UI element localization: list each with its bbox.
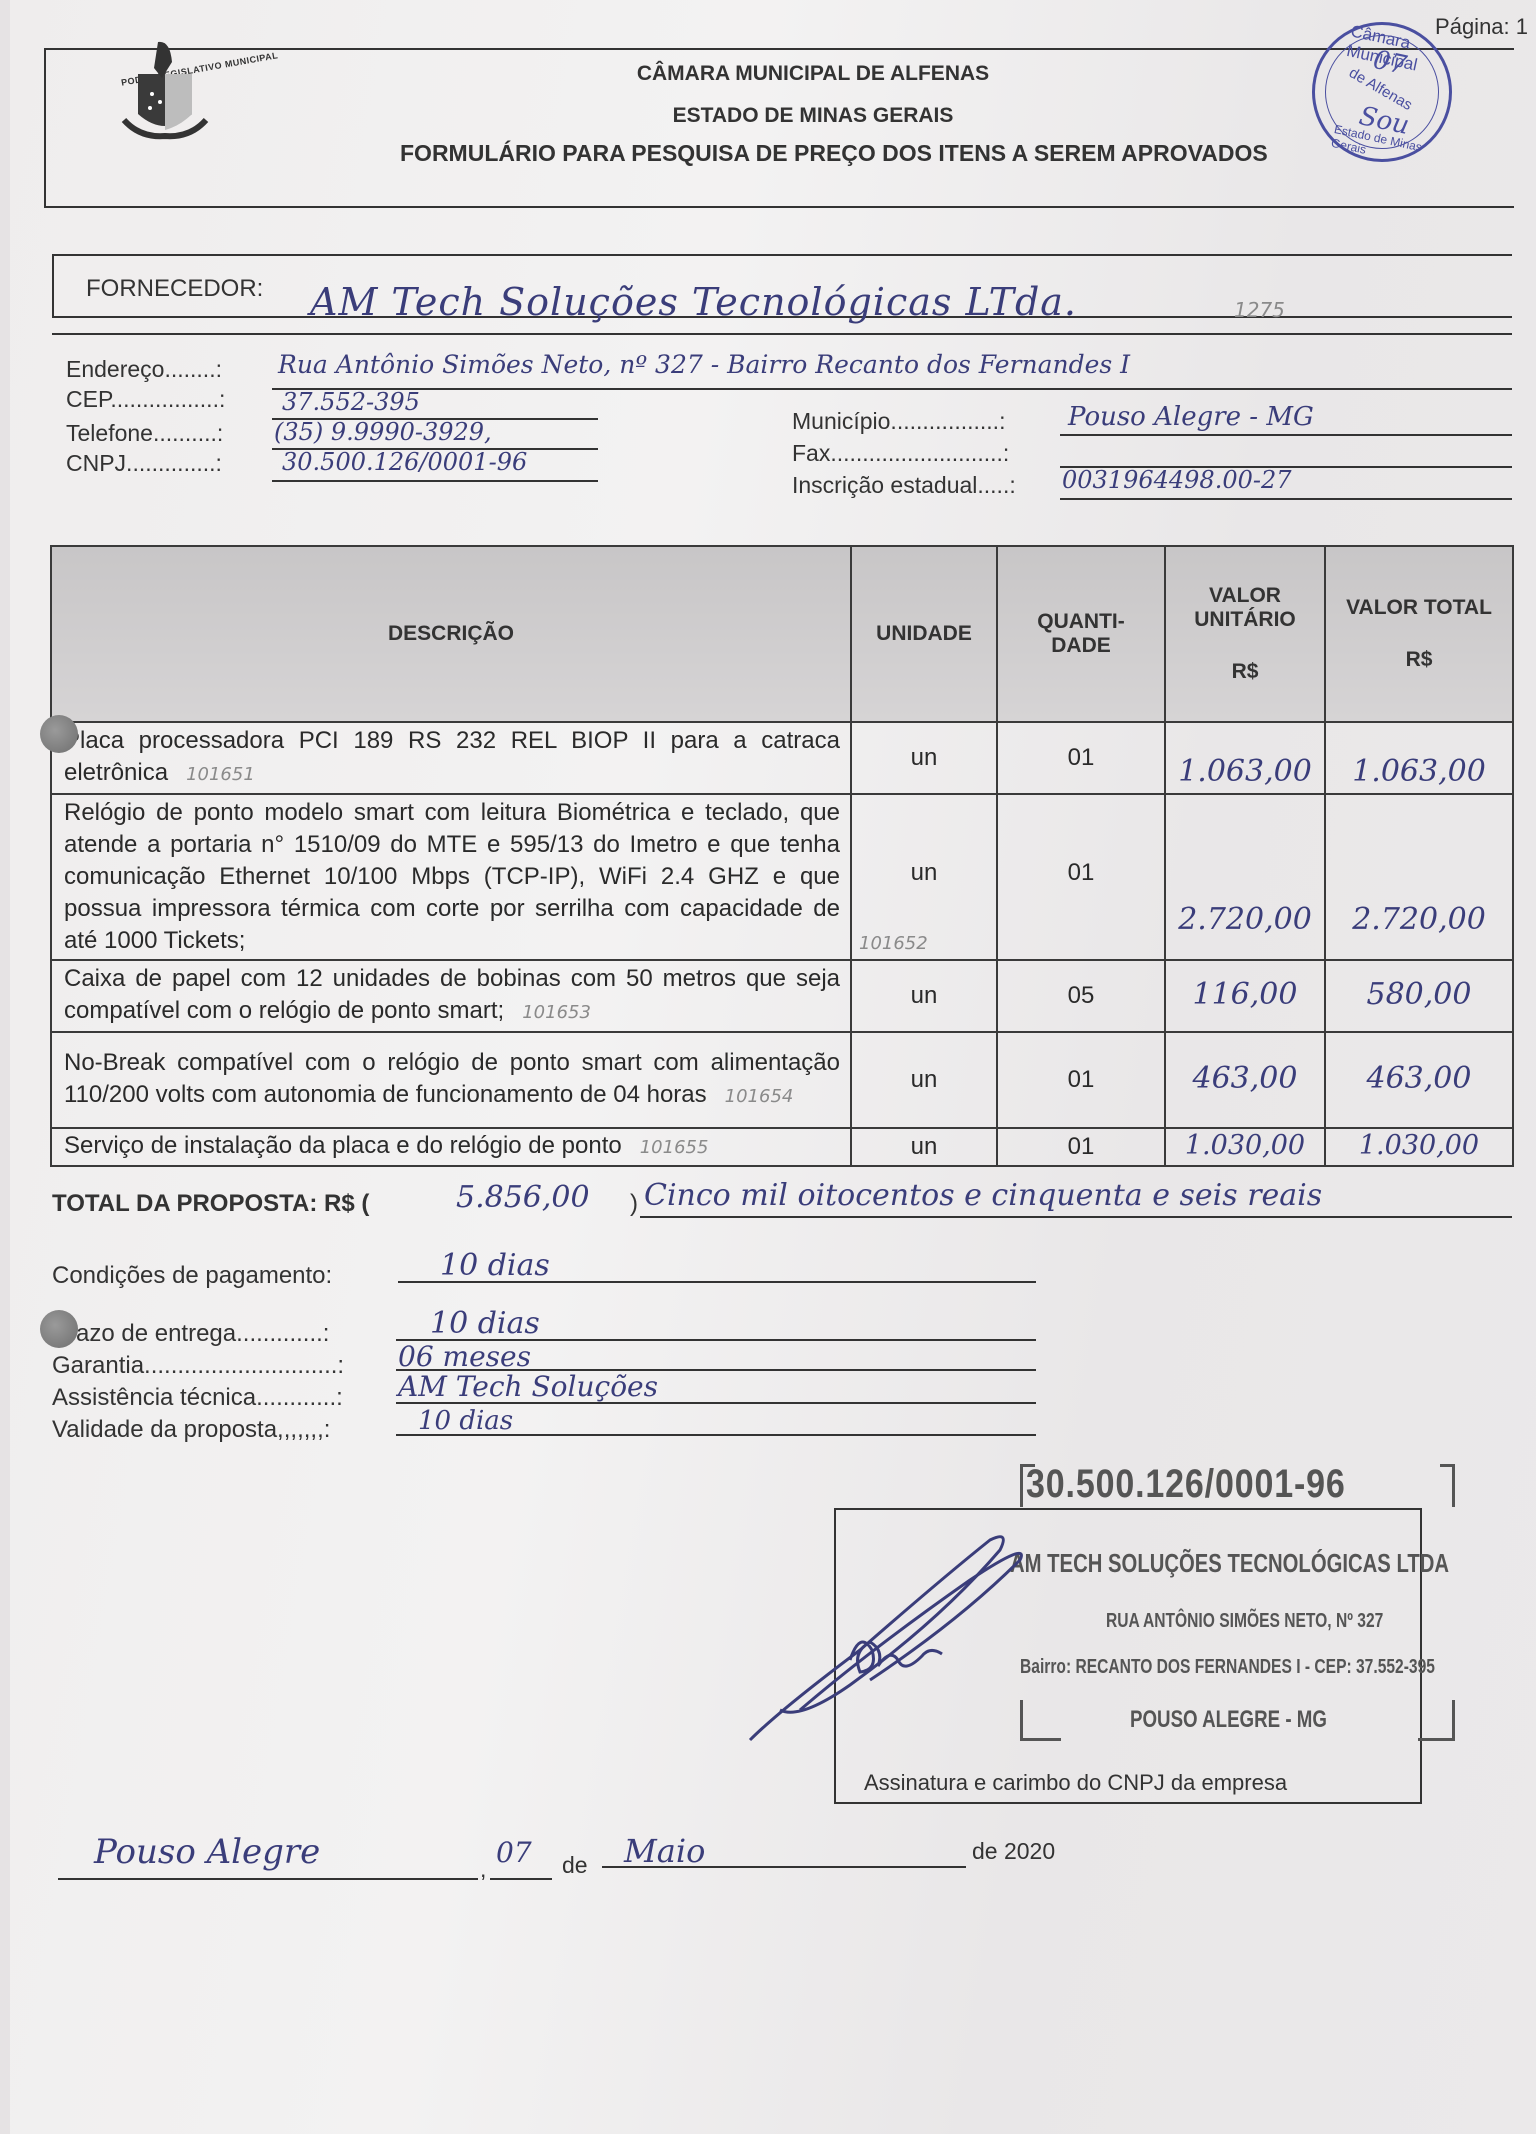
stamp-corner (1440, 1464, 1455, 1507)
item-unit-cell: un 101652 (851, 794, 997, 960)
stamp-city: POUSO ALEGRE - MG (1130, 1706, 1327, 1734)
signature-caption: Assinatura e carimbo do CNPJ da empresa (864, 1770, 1287, 1796)
date-city-field[interactable]: Pouso Alegre (94, 1832, 320, 1872)
payment-underline (398, 1281, 1036, 1283)
date-de-label: de (562, 1852, 588, 1879)
item-description: Caixa de papel com 12 unidades de bobina… (51, 960, 851, 1032)
total-value-field[interactable]: 5.856,00 (456, 1180, 590, 1215)
fax-label: Fax...........................: (792, 440, 1009, 467)
item-unit: un (911, 859, 938, 886)
item-code: 101652 (853, 933, 995, 954)
stamp-company-name: AM TECH SOLUÇÕES TECNOLÓGICAS LTDA (1010, 1548, 1449, 1579)
col-header-unit: UNIDADE (851, 546, 997, 722)
support-label: Assistência técnica............: (52, 1384, 343, 1412)
ie-underline (1060, 498, 1512, 500)
date-year-label: de 2020 (972, 1838, 1055, 1865)
item-unit-value[interactable]: 1.063,00 (1165, 722, 1325, 794)
payment-field[interactable]: 10 dias (440, 1248, 550, 1283)
municipio-field[interactable]: Pouso Alegre - MG (1068, 402, 1314, 432)
item-unit: un (851, 960, 997, 1032)
date-day-underline (490, 1878, 552, 1880)
cep-label: CEP.................: (66, 386, 225, 413)
item-description: Relógio de ponto modelo smart com leitur… (51, 794, 851, 960)
supplier-underline (52, 333, 1512, 335)
validity-field[interactable]: 10 dias (418, 1406, 513, 1436)
item-description: Placa processadora PCI 189 RS 232 REL BI… (51, 722, 851, 794)
item-quantity: 01 (997, 1128, 1165, 1166)
form-title: FORMULÁRIO PARA PESQUISA DE PREÇO DOS IT… (400, 140, 1268, 167)
total-value-header-text: VALOR TOTAL (1346, 596, 1492, 619)
table-row: Placa processadora PCI 189 RS 232 REL BI… (51, 722, 1513, 794)
table-row: Relógio de ponto modelo smart com leitur… (51, 794, 1513, 960)
item-code: 101653 (522, 1002, 591, 1023)
item-quantity: 01 (997, 1032, 1165, 1128)
date-day-field[interactable]: 07 (496, 1836, 532, 1869)
cnpj-label: CNPJ..............: (66, 450, 222, 477)
item-description-text: No-Break compatível com o relógio de pon… (64, 1049, 840, 1108)
signature-mark (740, 1510, 1060, 1750)
item-unit: un (851, 722, 997, 794)
total-value-currency: R$ (1327, 648, 1511, 672)
item-description-text: Placa processadora PCI 189 RS 232 REL BI… (64, 727, 840, 786)
total-paren: ) (630, 1190, 638, 1218)
payment-label: Condições de pagamento: (52, 1262, 332, 1290)
item-quantity: 01 (997, 722, 1165, 794)
date-city-underline (58, 1878, 478, 1880)
date-month-field[interactable]: Maio (624, 1832, 705, 1870)
total-label: TOTAL DA PROPOSTA: R$ ( (52, 1190, 369, 1218)
phone-field[interactable]: (35) 9.9990-3929, (274, 418, 492, 446)
support-underline (396, 1402, 1036, 1404)
cnpj-field[interactable]: 30.500.126/0001-96 (282, 448, 527, 476)
warranty-label: Garantia.............................: (52, 1352, 344, 1380)
item-unit: un (851, 1032, 997, 1128)
ie-field[interactable]: 0031964498.00-27 (1062, 466, 1292, 494)
validity-label: Validade da proposta,,,,,,,: (52, 1416, 330, 1444)
item-description-text: Caixa de papel com 12 unidades de bobina… (64, 965, 840, 1024)
quantity-header-text: QUANTI-DADE (1036, 610, 1126, 658)
page-number: Página: 1 (1435, 14, 1528, 40)
item-quantity: 05 (997, 960, 1165, 1032)
phone-label: Telefone..........: (66, 420, 223, 447)
unit-value-header-text: VALOR UNITÁRIO (1190, 584, 1300, 632)
item-unit: un (851, 1128, 997, 1166)
validity-underline (396, 1434, 1036, 1436)
item-unit-value[interactable]: 2.720,00 (1165, 794, 1325, 960)
table-row: No-Break compatível com o relógio de pon… (51, 1032, 1513, 1128)
address-label: Endereço........: (66, 356, 222, 383)
unit-value-currency: R$ (1167, 660, 1323, 684)
company-cnpj-stamp: 30.500.126/0001-96 (1026, 1462, 1346, 1507)
table-row: Caixa de papel com 12 unidades de bobina… (51, 960, 1513, 1032)
item-unit-value[interactable]: 116,00 (1165, 960, 1325, 1032)
item-unit-value[interactable]: 463,00 (1165, 1032, 1325, 1128)
item-description: No-Break compatível com o relógio de pon… (51, 1032, 851, 1128)
supplier-label: FORNECEDOR: (86, 275, 263, 303)
date-month-underline (602, 1866, 966, 1868)
col-header-unit-value: VALOR UNITÁRIO R$ (1165, 546, 1325, 722)
municipio-label: Município.................: (792, 408, 1005, 435)
items-table: DESCRIÇÃO UNIDADE QUANTI-DADE VALOR UNIT… (50, 545, 1514, 1167)
supplier-name-field[interactable]: AM Tech Soluções Tecnológicas LTda. (310, 280, 1077, 324)
table-header-row: DESCRIÇÃO UNIDADE QUANTI-DADE VALOR UNIT… (51, 546, 1513, 722)
item-code: 101654 (725, 1086, 794, 1107)
delivery-field[interactable]: 10 dias (430, 1306, 540, 1341)
item-total-value[interactable]: 2.720,00 (1325, 794, 1513, 960)
stamp-corner (1418, 1700, 1455, 1741)
binder-hole (40, 1310, 78, 1348)
date-comma: , (480, 1856, 486, 1883)
stamp-district: Bairro: RECANTO DOS FERNANDES I - CEP: 3… (1020, 1656, 1435, 1679)
stamp-number: 07 (1370, 45, 1409, 81)
stamp-street: RUA ANTÔNIO SIMÕES NETO, Nº 327 (1106, 1610, 1383, 1633)
item-total-value[interactable]: 1.030,00 (1325, 1128, 1513, 1166)
item-total-value[interactable]: 580,00 (1325, 960, 1513, 1032)
total-in-words-field[interactable]: Cinco mil oitocentos e cinquenta e seis … (644, 1178, 1322, 1213)
address-field[interactable]: Rua Antônio Simões Neto, nº 327 - Bairro… (278, 350, 1130, 379)
col-header-total-value: VALOR TOTAL R$ (1325, 546, 1513, 722)
item-total-value[interactable]: 1.063,00 (1325, 722, 1513, 794)
cnpj-underline (272, 480, 598, 482)
item-code: 101655 (640, 1137, 709, 1158)
item-total-value[interactable]: 463,00 (1325, 1032, 1513, 1128)
municipio-underline (1060, 434, 1512, 436)
table-row: Serviço de instalação da placa e do reló… (51, 1128, 1513, 1166)
item-description: Serviço de instalação da placa e do reló… (51, 1128, 851, 1166)
total-words-underline (640, 1216, 1512, 1218)
address-underline (272, 388, 1512, 390)
form-page: PODER LEGISLATIVO MUNICIPAL CÂMARA MUNIC… (10, 0, 1536, 2134)
item-quantity: 01 (997, 794, 1165, 960)
support-field[interactable]: AM Tech Soluções (398, 1370, 658, 1403)
item-unit-value[interactable]: 1.030,00 (1165, 1128, 1325, 1166)
ie-label: Inscrição estadual.....: (792, 472, 1016, 499)
supplier-pencil-note: 1275 (1234, 298, 1285, 322)
item-description-text: Serviço de instalação da placa e do reló… (64, 1132, 622, 1159)
delivery-label: Prazo de entrega.............: (52, 1320, 329, 1348)
item-code: 101651 (186, 764, 255, 785)
col-header-description: DESCRIÇÃO (51, 546, 851, 722)
col-header-quantity: QUANTI-DADE (997, 546, 1165, 722)
binder-hole (40, 715, 78, 753)
cep-field[interactable]: 37.552-395 (282, 388, 420, 416)
